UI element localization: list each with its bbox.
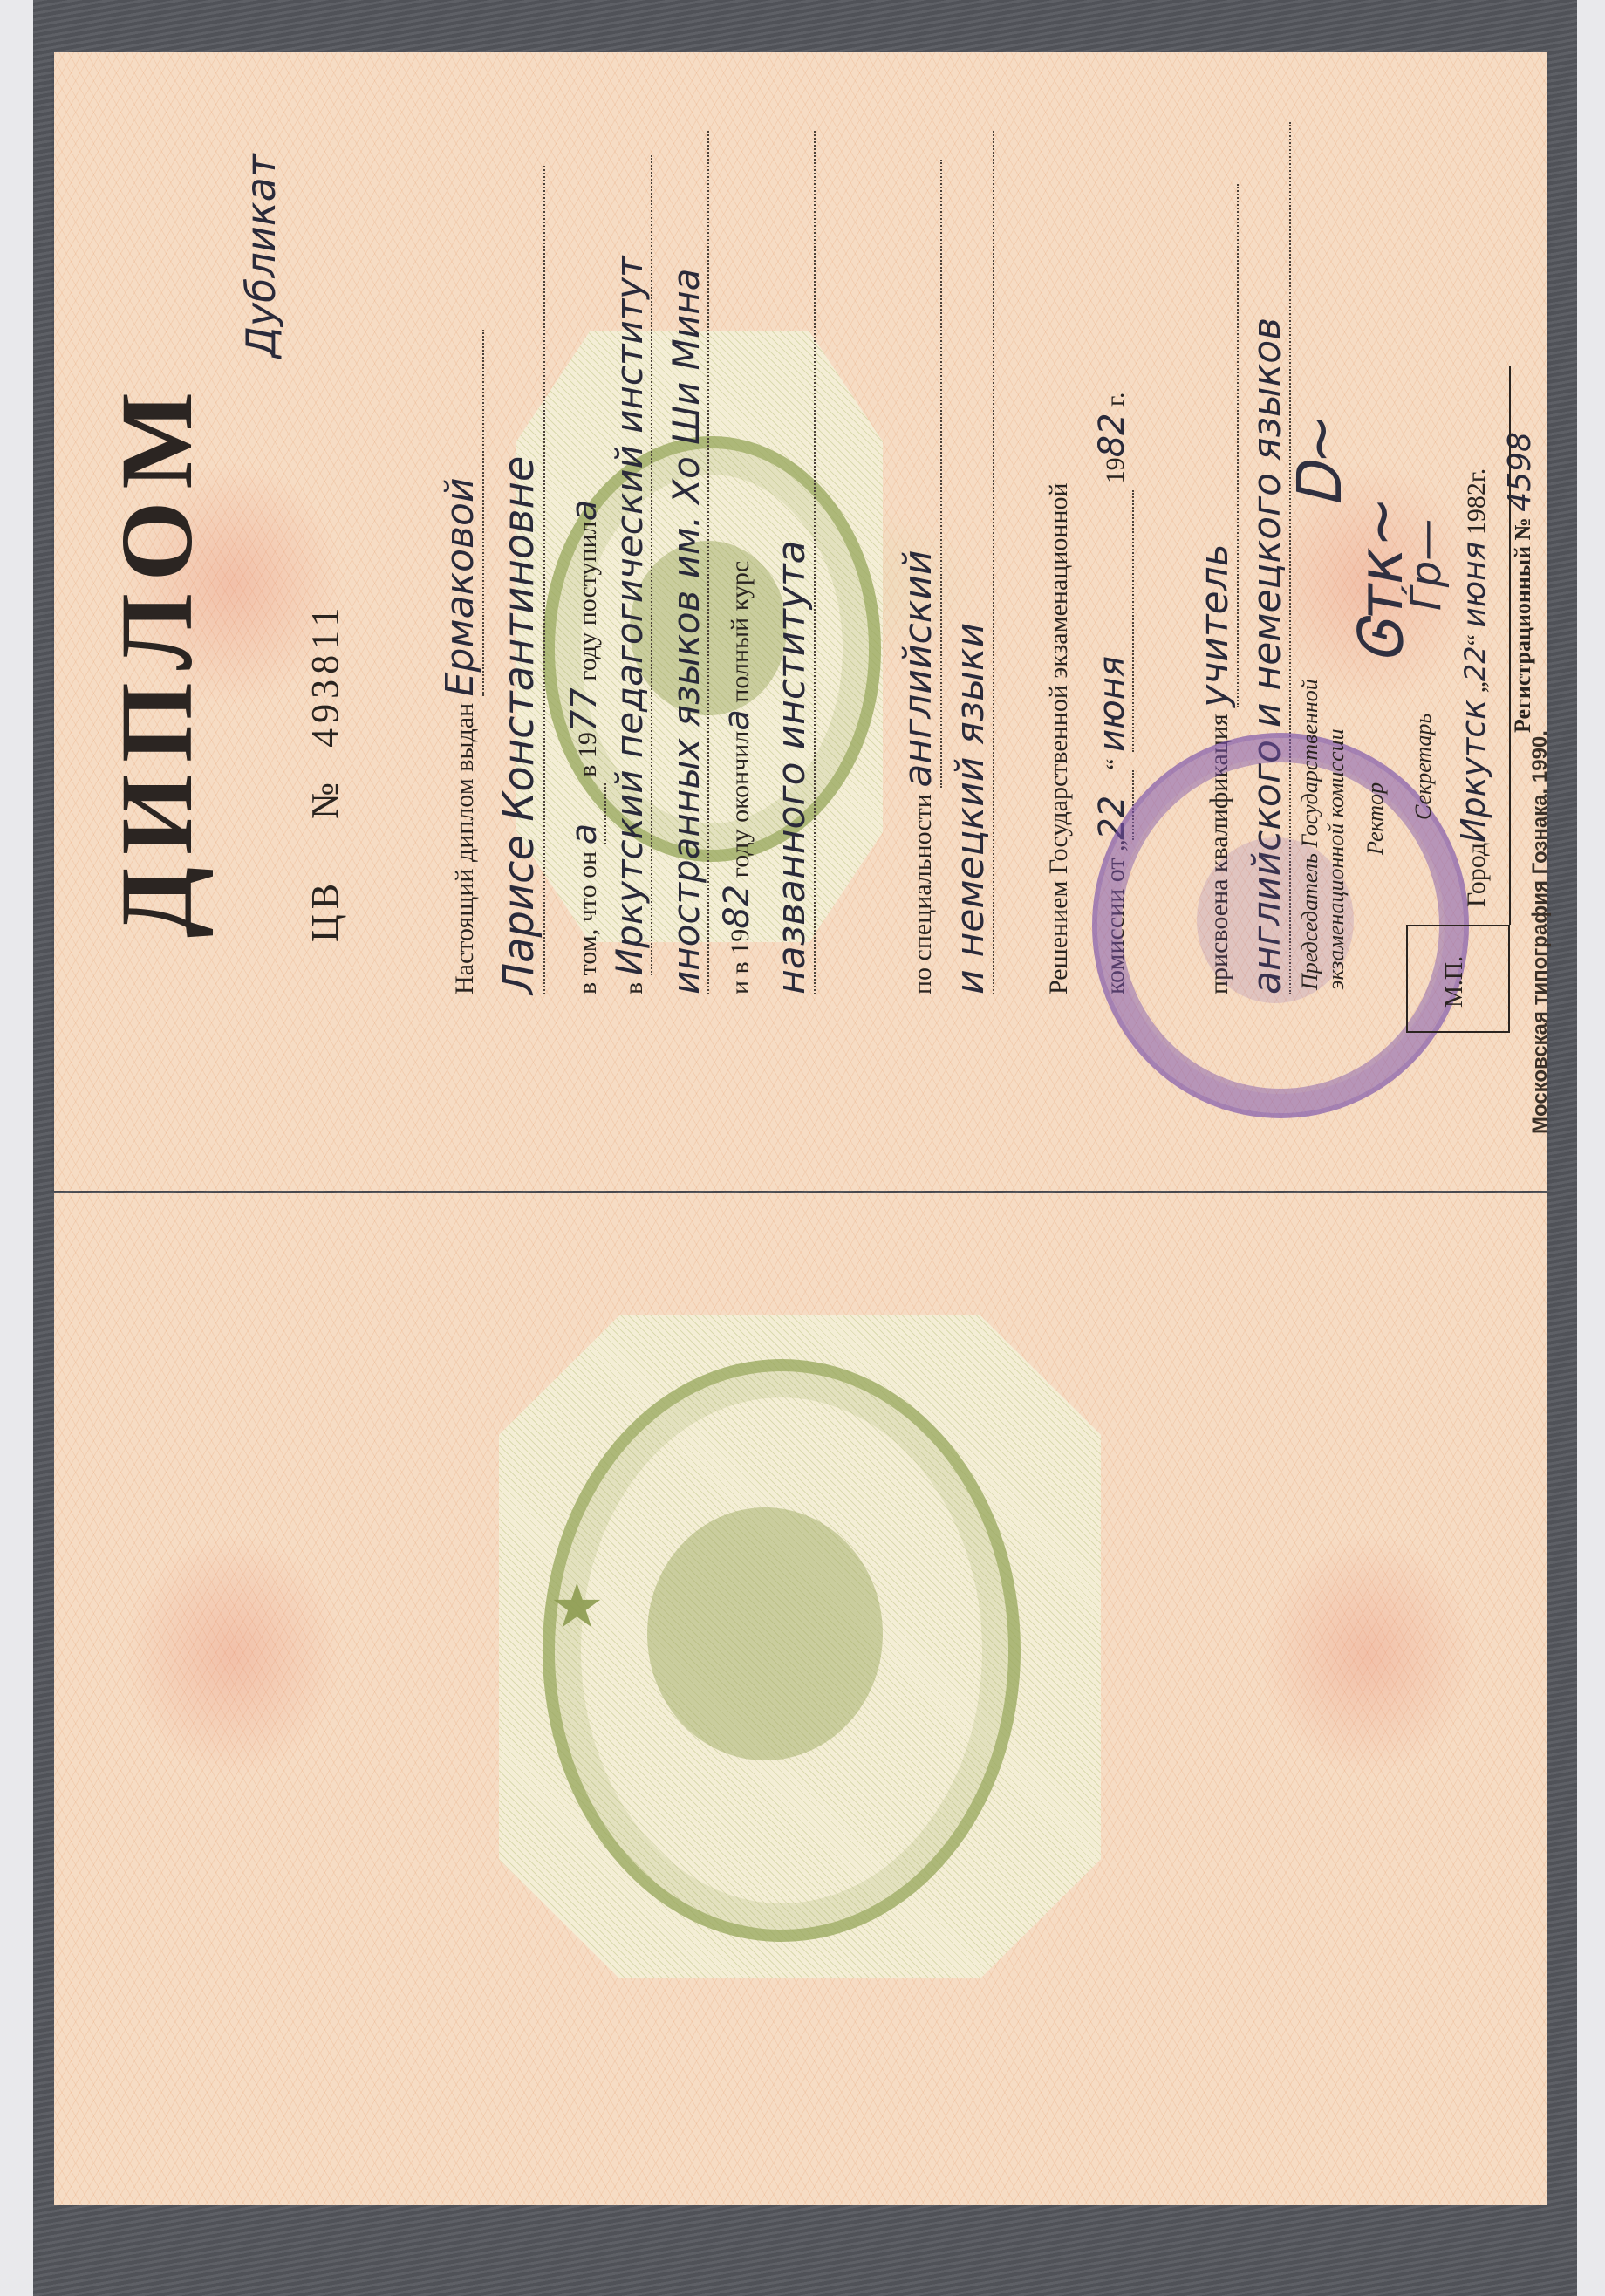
gender-suffix: а <box>717 709 757 731</box>
stamp-place-label: М.П. <box>1441 956 1469 1008</box>
number-sign: № <box>304 777 346 819</box>
line-institution-ref: названного института <box>769 131 816 994</box>
line-issued-to: Настоящий диплом выдан Ермаковой <box>438 330 484 994</box>
issue-month: июня <box>1457 542 1492 628</box>
issue-day: 22 <box>1458 646 1492 681</box>
line-city-date: ГородИркутск „22“ июня 1982г. <box>1454 468 1492 907</box>
chairman-label: Председатель Государственной <box>1297 679 1323 990</box>
diploma-emblem-page: ★ <box>54 1193 1547 2205</box>
printer-divider <box>1509 366 1511 925</box>
line-decision: Решением Государственной экзаменационной <box>1044 482 1074 994</box>
gender-suffix: а <box>564 783 606 844</box>
decision-label: Решением Государственной экзаменационной <box>1044 482 1073 994</box>
line-specialty: по специальности английский <box>896 160 942 994</box>
secretary-signature: Ѓр— <box>1402 519 1451 611</box>
label: г. <box>1462 468 1491 482</box>
line-graduated: и в 1982 году окончила полный курс <box>717 561 757 994</box>
issued-to-label: Настоящий диплом выдан <box>450 703 479 994</box>
label: году поступил <box>573 521 602 680</box>
qualification-1: учитель <box>1192 184 1239 707</box>
decision-month: июня <box>1092 490 1134 752</box>
given-names: Ларисе Константиновне <box>495 166 545 994</box>
enroll-year: 77 <box>564 687 604 732</box>
label: полный курс <box>726 561 755 703</box>
label: Ректор <box>1363 782 1388 855</box>
institution-name-1: Иркутский педагогический институт <box>608 155 652 975</box>
issue-year: 1982 <box>1462 482 1491 535</box>
star-icon: ★ <box>550 1577 604 1638</box>
line-specialty-2: и немецкий языки <box>948 131 994 994</box>
label: в <box>619 982 648 994</box>
label: Председатель Государственной <box>1297 679 1322 990</box>
label: Секретарь <box>1410 714 1436 820</box>
rector-label: Ректор <box>1363 782 1389 855</box>
label: и в 19 <box>726 929 755 994</box>
gender-suffix: а <box>564 500 604 522</box>
diploma-number: 493811 <box>304 603 346 748</box>
label: экзаменационной комиссии <box>1323 728 1349 990</box>
specialty-label: по специальности <box>908 794 937 994</box>
city: Иркутск <box>1454 700 1492 843</box>
line-institution-2: иностранных языков им. Хо Ши Мина <box>665 131 709 994</box>
graduation-year: 82 <box>717 885 757 929</box>
label: в том, что он <box>573 851 602 994</box>
duplicate-mark: Дубликат <box>237 154 284 358</box>
series: ЦВ <box>304 878 346 942</box>
line-enrolled: в том, что он а в 1977 году поступила <box>564 500 606 994</box>
chairman-label-2: экзаменационной комиссии <box>1323 728 1349 990</box>
label: 19 <box>1101 457 1130 483</box>
registration-label: Регистрационный № <box>1510 517 1535 733</box>
diploma-title: ДИПЛОМ <box>98 379 216 938</box>
diploma-text-page: ДИПЛОМ Дубликат ЦВ № 493811 Настоящий ди… <box>54 52 1547 1191</box>
line-given-names: Ларисе Константиновне <box>495 166 545 994</box>
registration-number: 4598 <box>1502 432 1538 512</box>
specialty-1: английский <box>896 160 942 788</box>
decision-year: 82 <box>1092 413 1132 457</box>
label: в 19 <box>573 732 602 777</box>
surname: Ермаковой <box>438 330 484 696</box>
label: году окончил <box>726 731 755 878</box>
emblem-globe-icon <box>647 1507 883 1760</box>
secretary-label: Секретарь <box>1410 714 1437 820</box>
institution-name-2: иностранных языков им. Хо Ши Мина <box>665 131 709 994</box>
institution-reference: названного института <box>769 131 816 994</box>
city-label: Город <box>1462 843 1491 907</box>
printer-imprint: Московская типография Гознака. 1990. <box>1528 730 1553 1134</box>
line-registration: Регистрационный № 4598 <box>1502 432 1538 733</box>
diploma-serial: ЦВ № 493811 <box>303 603 347 942</box>
line-institution-1: в Иркутский педагогический институт <box>608 155 652 994</box>
specialty-2: и немецкий языки <box>948 131 994 994</box>
chairman-signature: Ꭰ~ <box>1284 413 1356 506</box>
label: г. <box>1101 393 1130 407</box>
